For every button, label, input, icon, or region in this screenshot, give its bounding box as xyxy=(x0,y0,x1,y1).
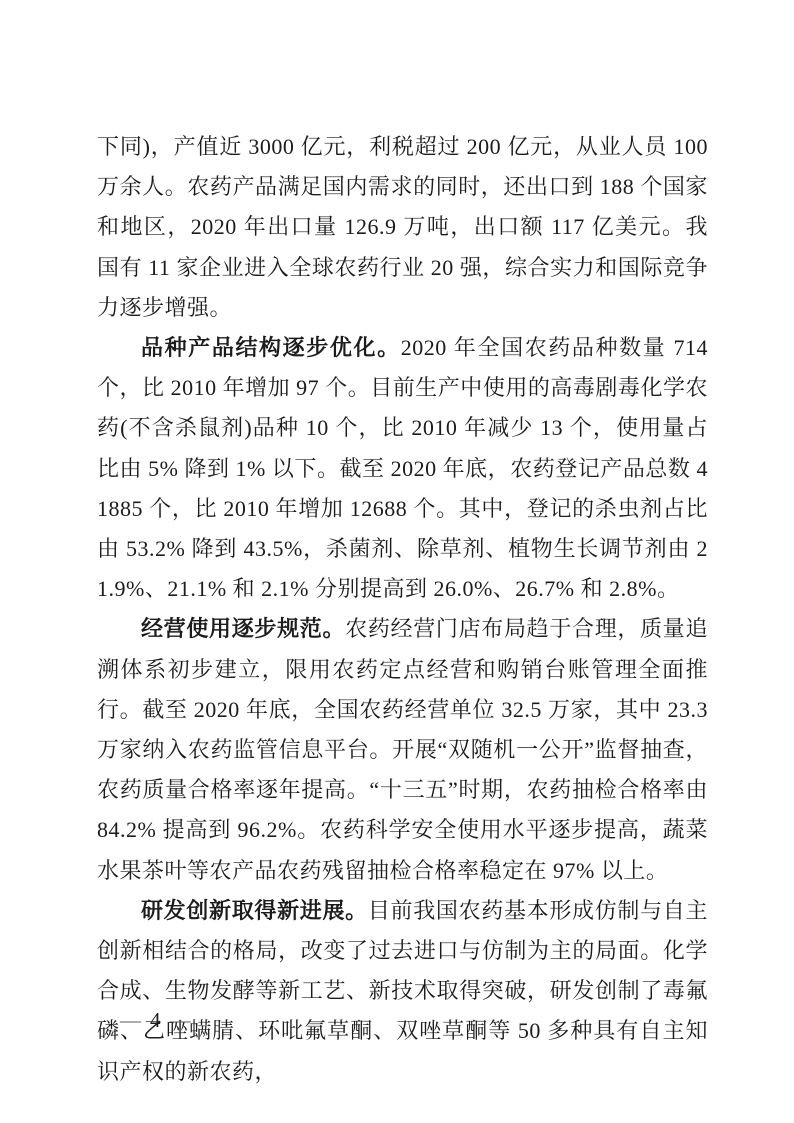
footer-dash-right: — xyxy=(170,1005,191,1035)
paragraph-text: 目前我国农药基本形成仿制与自主创新相结合的格局，改变了过去进口与仿制为主的局面。… xyxy=(97,898,708,1084)
paragraph-lead: 品种产品结构逐步优化。 xyxy=(141,335,401,360)
paragraph: 经营使用逐步规范。农药经营门店布局趋于合理，质量追溯体系初步建立，限用农药定点经… xyxy=(97,609,708,890)
paragraph-text: 农药经营门店布局趋于合理，质量追溯体系初步建立，限用农药定点经营和购销台账管理全… xyxy=(97,616,708,882)
footer-dash-left: — xyxy=(120,1005,141,1035)
paragraph-text: 2020 年全国农药品种数量 714 个，比 2010 年增加 97 个。目前生… xyxy=(97,335,708,601)
paragraph: 品种产品结构逐步优化。2020 年全国农药品种数量 714 个，比 2010 年… xyxy=(97,328,708,609)
document-page: 下同)，产值近 3000 亿元，利税超过 200 亿元，从业人员 100 万余人… xyxy=(0,0,794,1123)
paragraph-lead: 经营使用逐步规范。 xyxy=(141,616,345,641)
paragraph: 研发创新取得新进展。目前我国农药基本形成仿制与自主创新相结合的格局，改变了过去进… xyxy=(97,891,708,1092)
paragraph-text: 下同)，产值近 3000 亿元，利税超过 200 亿元，从业人员 100 万余人… xyxy=(97,134,708,320)
page-number: 4 xyxy=(150,1005,161,1035)
document-body: 下同)，产值近 3000 亿元，利税超过 200 亿元，从业人员 100 万余人… xyxy=(97,127,708,1092)
paragraph: 下同)，产值近 3000 亿元，利税超过 200 亿元，从业人员 100 万余人… xyxy=(97,127,708,328)
page-footer: — 4 — xyxy=(120,1005,191,1035)
paragraph-lead: 研发创新取得新进展。 xyxy=(141,898,368,923)
